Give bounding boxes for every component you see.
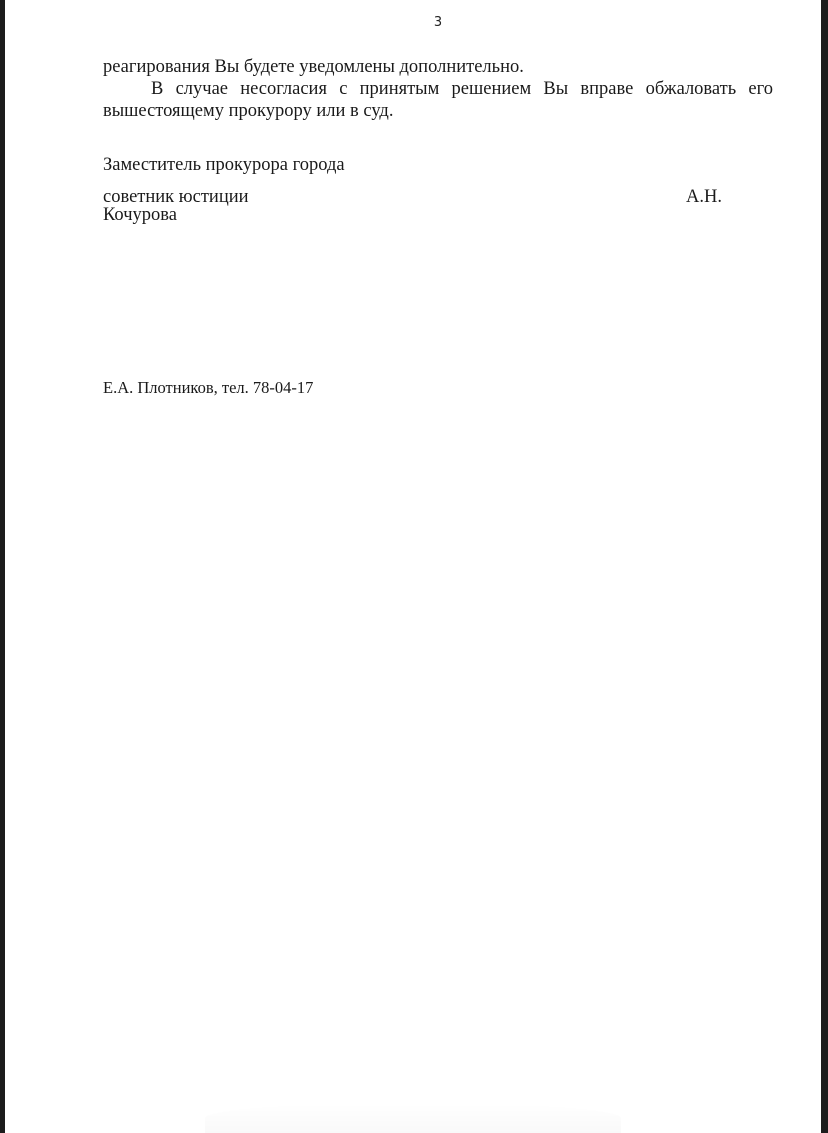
- executor-contact: Е.А. Плотников, тел. 78-04-17: [103, 378, 313, 398]
- page-number: 3: [5, 15, 828, 30]
- body-line-1: реагирования Вы будете уведомлены дополн…: [103, 56, 773, 78]
- document-page: 3 реагирования Вы будете уведомлены допо…: [5, 0, 821, 1133]
- appeal-paragraph: В случае несогласия с принятым решением …: [103, 78, 773, 100]
- signatory-rank: советник юстиции: [103, 188, 249, 206]
- document-viewer: 3 реагирования Вы будете уведомлены допо…: [0, 0, 828, 1133]
- signatory-initials: А.Н.: [686, 188, 722, 206]
- appeal-line-1: В случае несогласия с принятым решением …: [103, 78, 773, 100]
- appeal-line-2: вышестоящему прокурору или в суд.: [103, 100, 773, 122]
- letter-body: реагирования Вы будете уведомлены дополн…: [103, 56, 773, 122]
- signatory-surname: Кочурова: [103, 206, 249, 224]
- signatory-position: Заместитель прокурора города: [103, 154, 345, 176]
- signatory-rank-block: советник юстиции Кочурова: [103, 188, 249, 224]
